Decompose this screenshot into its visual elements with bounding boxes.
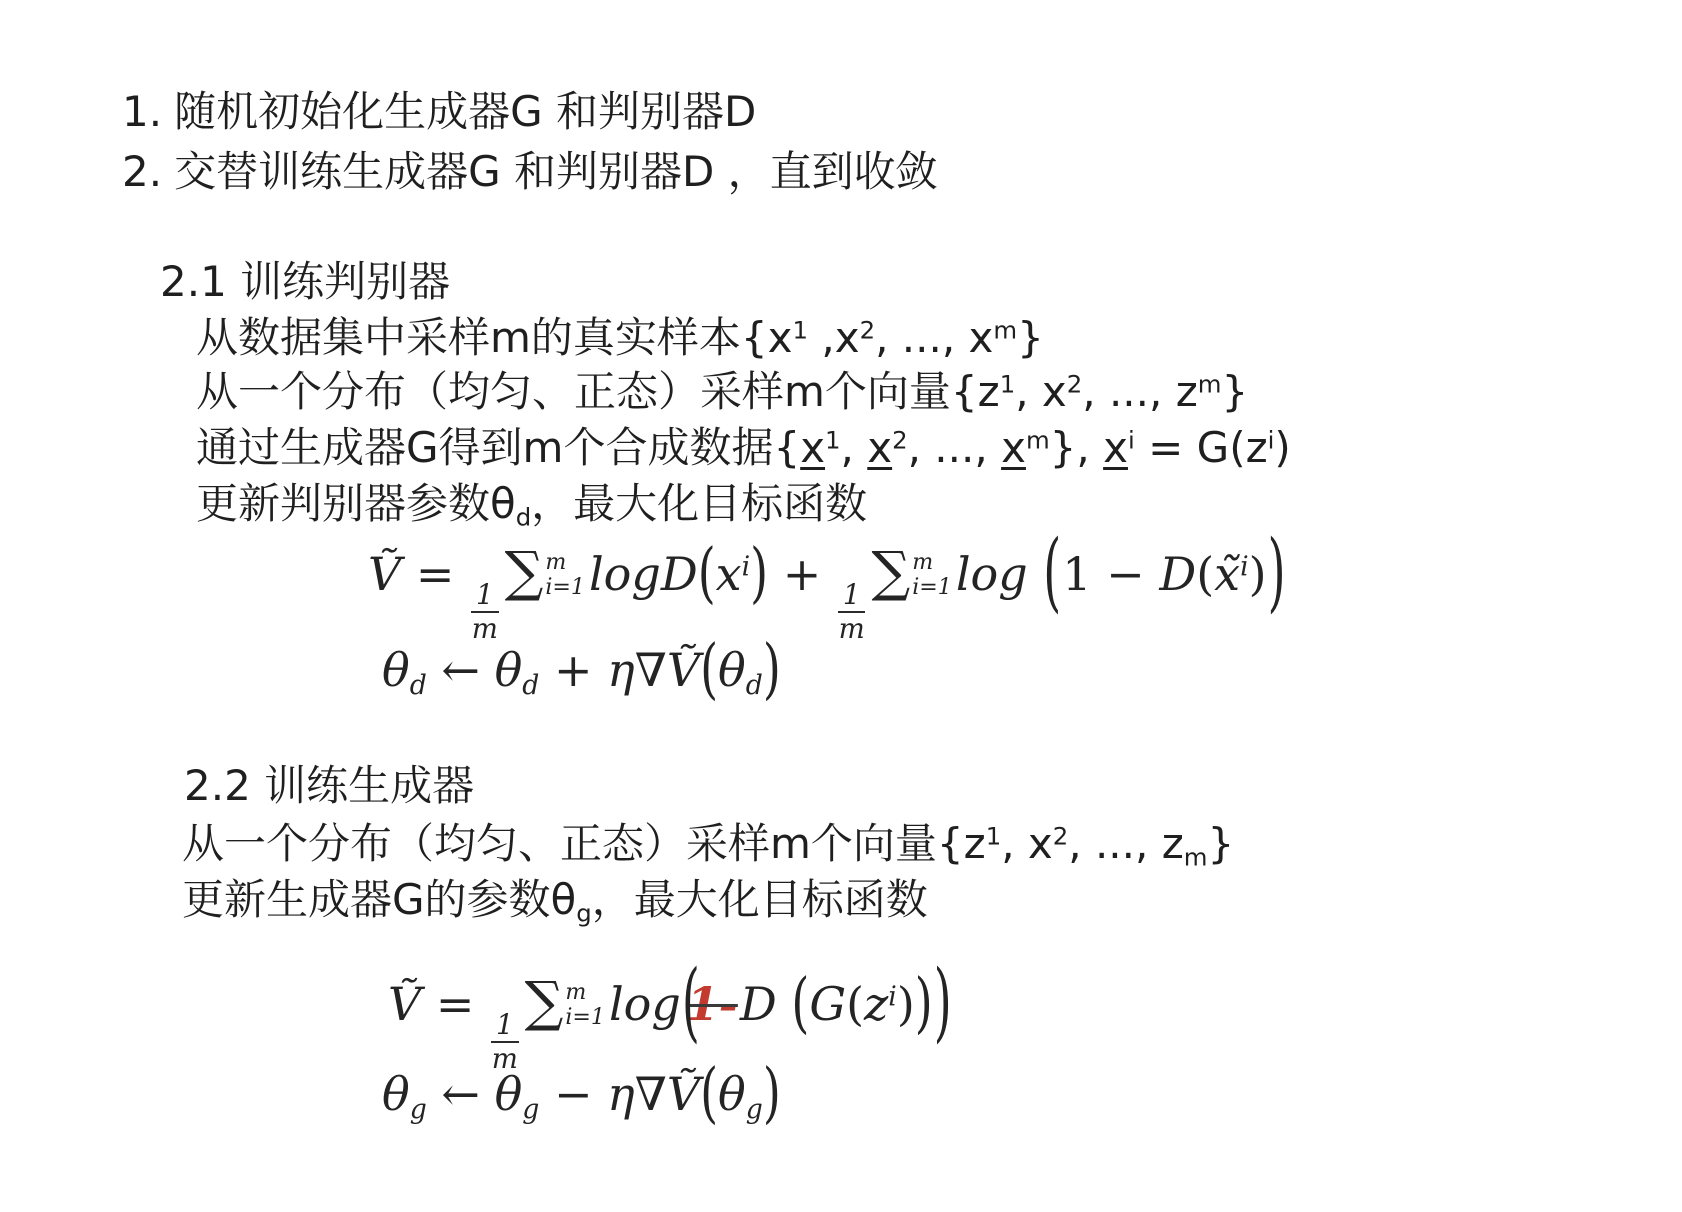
generator-line-sample-vectors: 从一个分布（均匀、正态）采样m个向量{z1, x2, ..., zm} bbox=[182, 818, 1234, 873]
summation-symbol: ∑mi=1 bbox=[871, 538, 951, 606]
discriminator-line-update-params: 更新判别器参数θd，最大化目标函数 bbox=[196, 478, 867, 533]
step-1-text: 随机初始化生成器G 和判别器D bbox=[174, 87, 756, 136]
summation-symbol: ∑mi=1 bbox=[525, 968, 605, 1036]
generator-objective-formula: Ṽ = 1m∑mi=1log(1-D (G(zi))) bbox=[388, 968, 953, 1074]
gan-training-algorithm-slide: 1.随机初始化生成器G 和判别器D 2.交替训练生成器G 和判别器D ，直到收敛… bbox=[0, 0, 1682, 1212]
discriminator-line-sample-real: 从数据集中采样m的真实样本{x1 ,x2, ..., xm} bbox=[196, 312, 1044, 365]
fraction-one-over-m: 1m bbox=[838, 580, 866, 645]
summation-symbol: ∑mi=1 bbox=[505, 538, 585, 606]
step-2-number: 2. bbox=[122, 147, 162, 196]
discriminator-objective-formula: Ṽ = 1m∑mi=1logD(xi) + 1m∑mi=1log (1 − D(… bbox=[368, 538, 1287, 644]
step-1: 1.随机初始化生成器G 和判别器D bbox=[122, 86, 756, 139]
section-2-1-heading: 2.1 训练判别器 bbox=[160, 256, 450, 309]
section-2-2-heading: 2.2 训练生成器 bbox=[184, 760, 474, 813]
step-1-number: 1. bbox=[122, 87, 162, 136]
discriminator-line-generate-synthetic: 通过生成器G得到m个合成数据{x1, x2, ..., xm}, xi = G(… bbox=[196, 422, 1291, 475]
step-2: 2.交替训练生成器G 和判别器D ，直到收敛 bbox=[122, 146, 938, 199]
fraction-one-over-m: 1m bbox=[471, 580, 499, 645]
discriminator-line-sample-vectors: 从一个分布（均匀、正态）采样m个向量{z1, x2, ..., zm} bbox=[196, 366, 1248, 419]
generator-line-update-params: 更新生成器G的参数θg，最大化目标函数 bbox=[182, 874, 928, 929]
step-2-text: 交替训练生成器G 和判别器D ，直到收敛 bbox=[174, 147, 938, 196]
discriminator-update-formula: θd ← θd + η∇Ṽ(θd) bbox=[382, 642, 781, 702]
generator-update-formula: θg ← θg − η∇Ṽ(θg) bbox=[382, 1066, 781, 1126]
fraction-one-over-m: 1m bbox=[491, 1010, 519, 1075]
